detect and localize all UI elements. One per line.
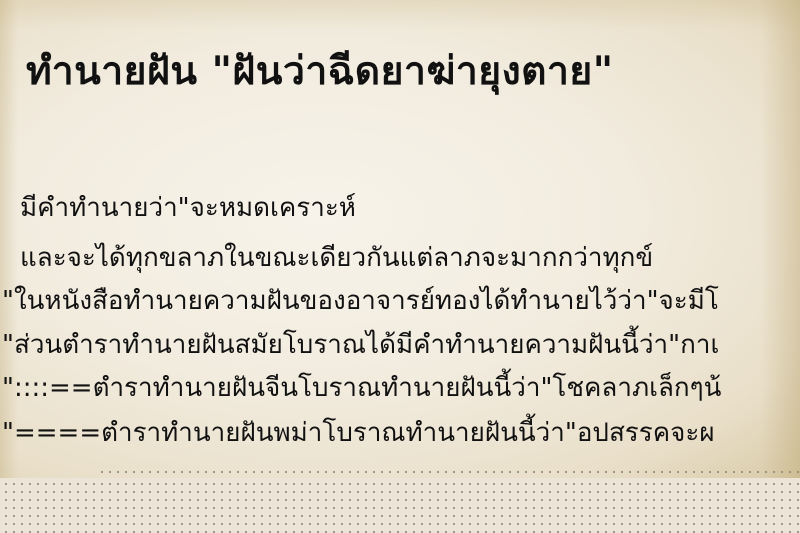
prediction-line-3: "ในหนังสือทำนายความฝันของอาจารย์ทองได้ทำ… <box>2 281 719 321</box>
prediction-line-5: "::::==ตำราทำนายฝันจีนโบราณทำนายฝันนี้ว่… <box>2 368 721 408</box>
prediction-line-2: และจะได้ทุกขลาภในขณะเดียวกันแต่ลาภจะมากก… <box>20 238 653 278</box>
dot-pattern-overlay <box>96 466 800 478</box>
prediction-line-1: มีคำทำนายว่า"จะหมดเคราะห์ <box>20 188 356 228</box>
page-title: ทำนายฝัน "ฝันว่าฉีดยาฆ่ายุงตาย" <box>26 44 614 100</box>
prediction-line-6: "====ตำราทำนายฝันพม่าโบราณทำนายฝันนี้ว่า… <box>2 413 715 453</box>
prediction-line-4: "ส่วนตำราทำนายฝันสมัยโบราณได้มีคำทำนายคว… <box>2 325 719 365</box>
dot-pattern-footer <box>0 478 800 533</box>
